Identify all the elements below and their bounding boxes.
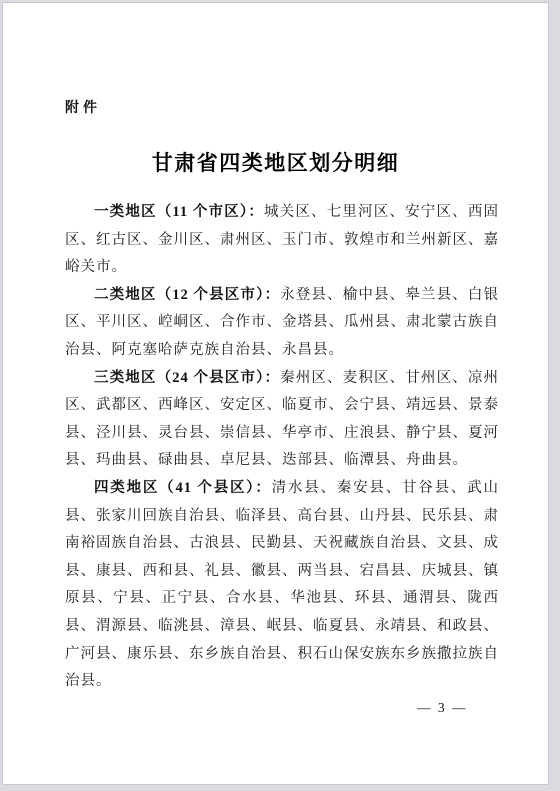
paragraph-2-lead: 二类地区（12 个县区市）： (94, 287, 280, 303)
paragraph-category-1: 一类地区（11 个市区）：城关区、七里河区、安宁区、西固区、红古区、金川区、肃州… (65, 199, 499, 282)
document-page: 附件 甘肃省四类地区划分明细 一类地区（11 个市区）：城关区、七里河区、安宁区… (2, 2, 549, 785)
paragraph-4-lead: 四类地区（41 个县区）： (94, 480, 272, 496)
page-number: — 3 — (417, 700, 468, 716)
paragraph-1-lead: 一类地区（11 个市区）： (94, 204, 264, 220)
paragraph-category-4: 四类地区（41 个县区）：清水县、秦安县、甘谷县、武山县、张家川回族自治县、临泽… (65, 475, 499, 696)
document-body: 一类地区（11 个市区）：城关区、七里河区、安宁区、西固区、红古区、金川区、肃州… (65, 199, 499, 696)
document-title: 甘肃省四类地区划分明细 (3, 147, 548, 177)
paragraph-3-lead: 三类地区（24 个县区市）： (94, 370, 280, 386)
paragraph-category-3: 三类地区（24 个县区市）：秦州区、麦积区、甘州区、凉州区、武都区、西峰区、安定… (65, 365, 499, 475)
paragraph-4-text: 清水县、秦安县、甘谷县、武山县、张家川回族自治县、临泽县、高台县、山丹县、民乐县… (65, 480, 499, 689)
paragraph-category-2: 二类地区（12 个县区市）：永登县、榆中县、皋兰县、白银区、平川区、崆峒区、合作… (65, 282, 499, 365)
attachment-label: 附件 (65, 97, 101, 117)
